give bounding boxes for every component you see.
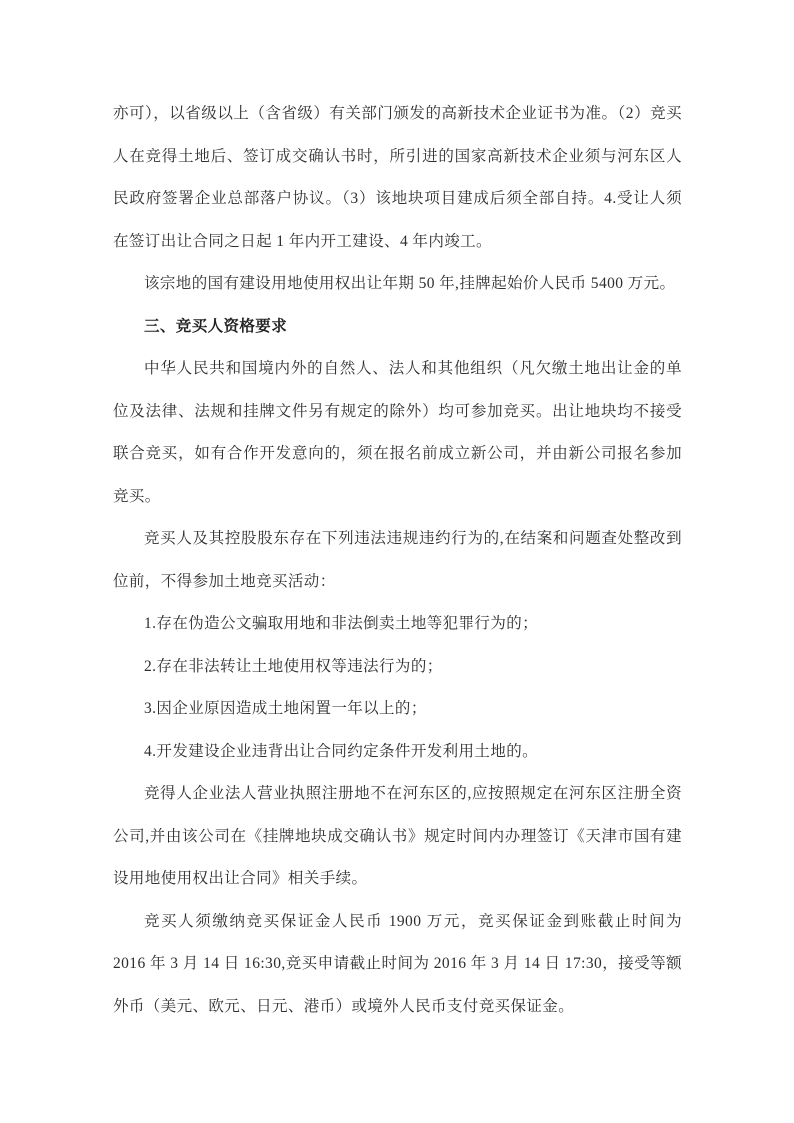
paragraph: 竞买人须缴纳竞买保证金人民币 1900 万元，竞买保证金到账截止时间为 2016… xyxy=(113,901,682,1029)
paragraph: 中华人民共和国境内外的自然人、法人和其他组织（凡欠缴土地出让金的单位及法律、法规… xyxy=(113,348,682,518)
list-item: 2.存在非法转让土地使用权等违法行为的； xyxy=(113,646,682,689)
list-item: 4.开发建设企业违背出让合同约定条件开发利用土地的。 xyxy=(113,731,682,774)
paragraph: 该宗地的国有建设用地使用权出让年期 50 年,挂牌起始价人民币 5400 万元。 xyxy=(113,263,682,306)
paragraph: 竞得人企业法人营业执照注册地不在河东区的,应按照规定在河东区注册全资公司,并由该… xyxy=(113,773,682,901)
paragraph: 竞买人及其控股股东存在下列违法违规违约行为的,在结案和问题查处整改到位前，不得参… xyxy=(113,518,682,603)
list-item: 3.因企业原因造成土地闲置一年以上的； xyxy=(113,688,682,731)
paragraph: 亦可），以省级以上（含省级）有关部门颁发的高新技术企业证书为准。（2）竞买人在竞… xyxy=(113,93,682,263)
list-item: 1.存在伪造公文骗取用地和非法倒卖土地等犯罪行为的； xyxy=(113,603,682,646)
document-page: 亦可），以省级以上（含省级）有关部门颁发的高新技术企业证书为准。（2）竞买人在竞… xyxy=(0,0,794,1123)
section-heading: 三、竞买人资格要求 xyxy=(113,306,682,349)
